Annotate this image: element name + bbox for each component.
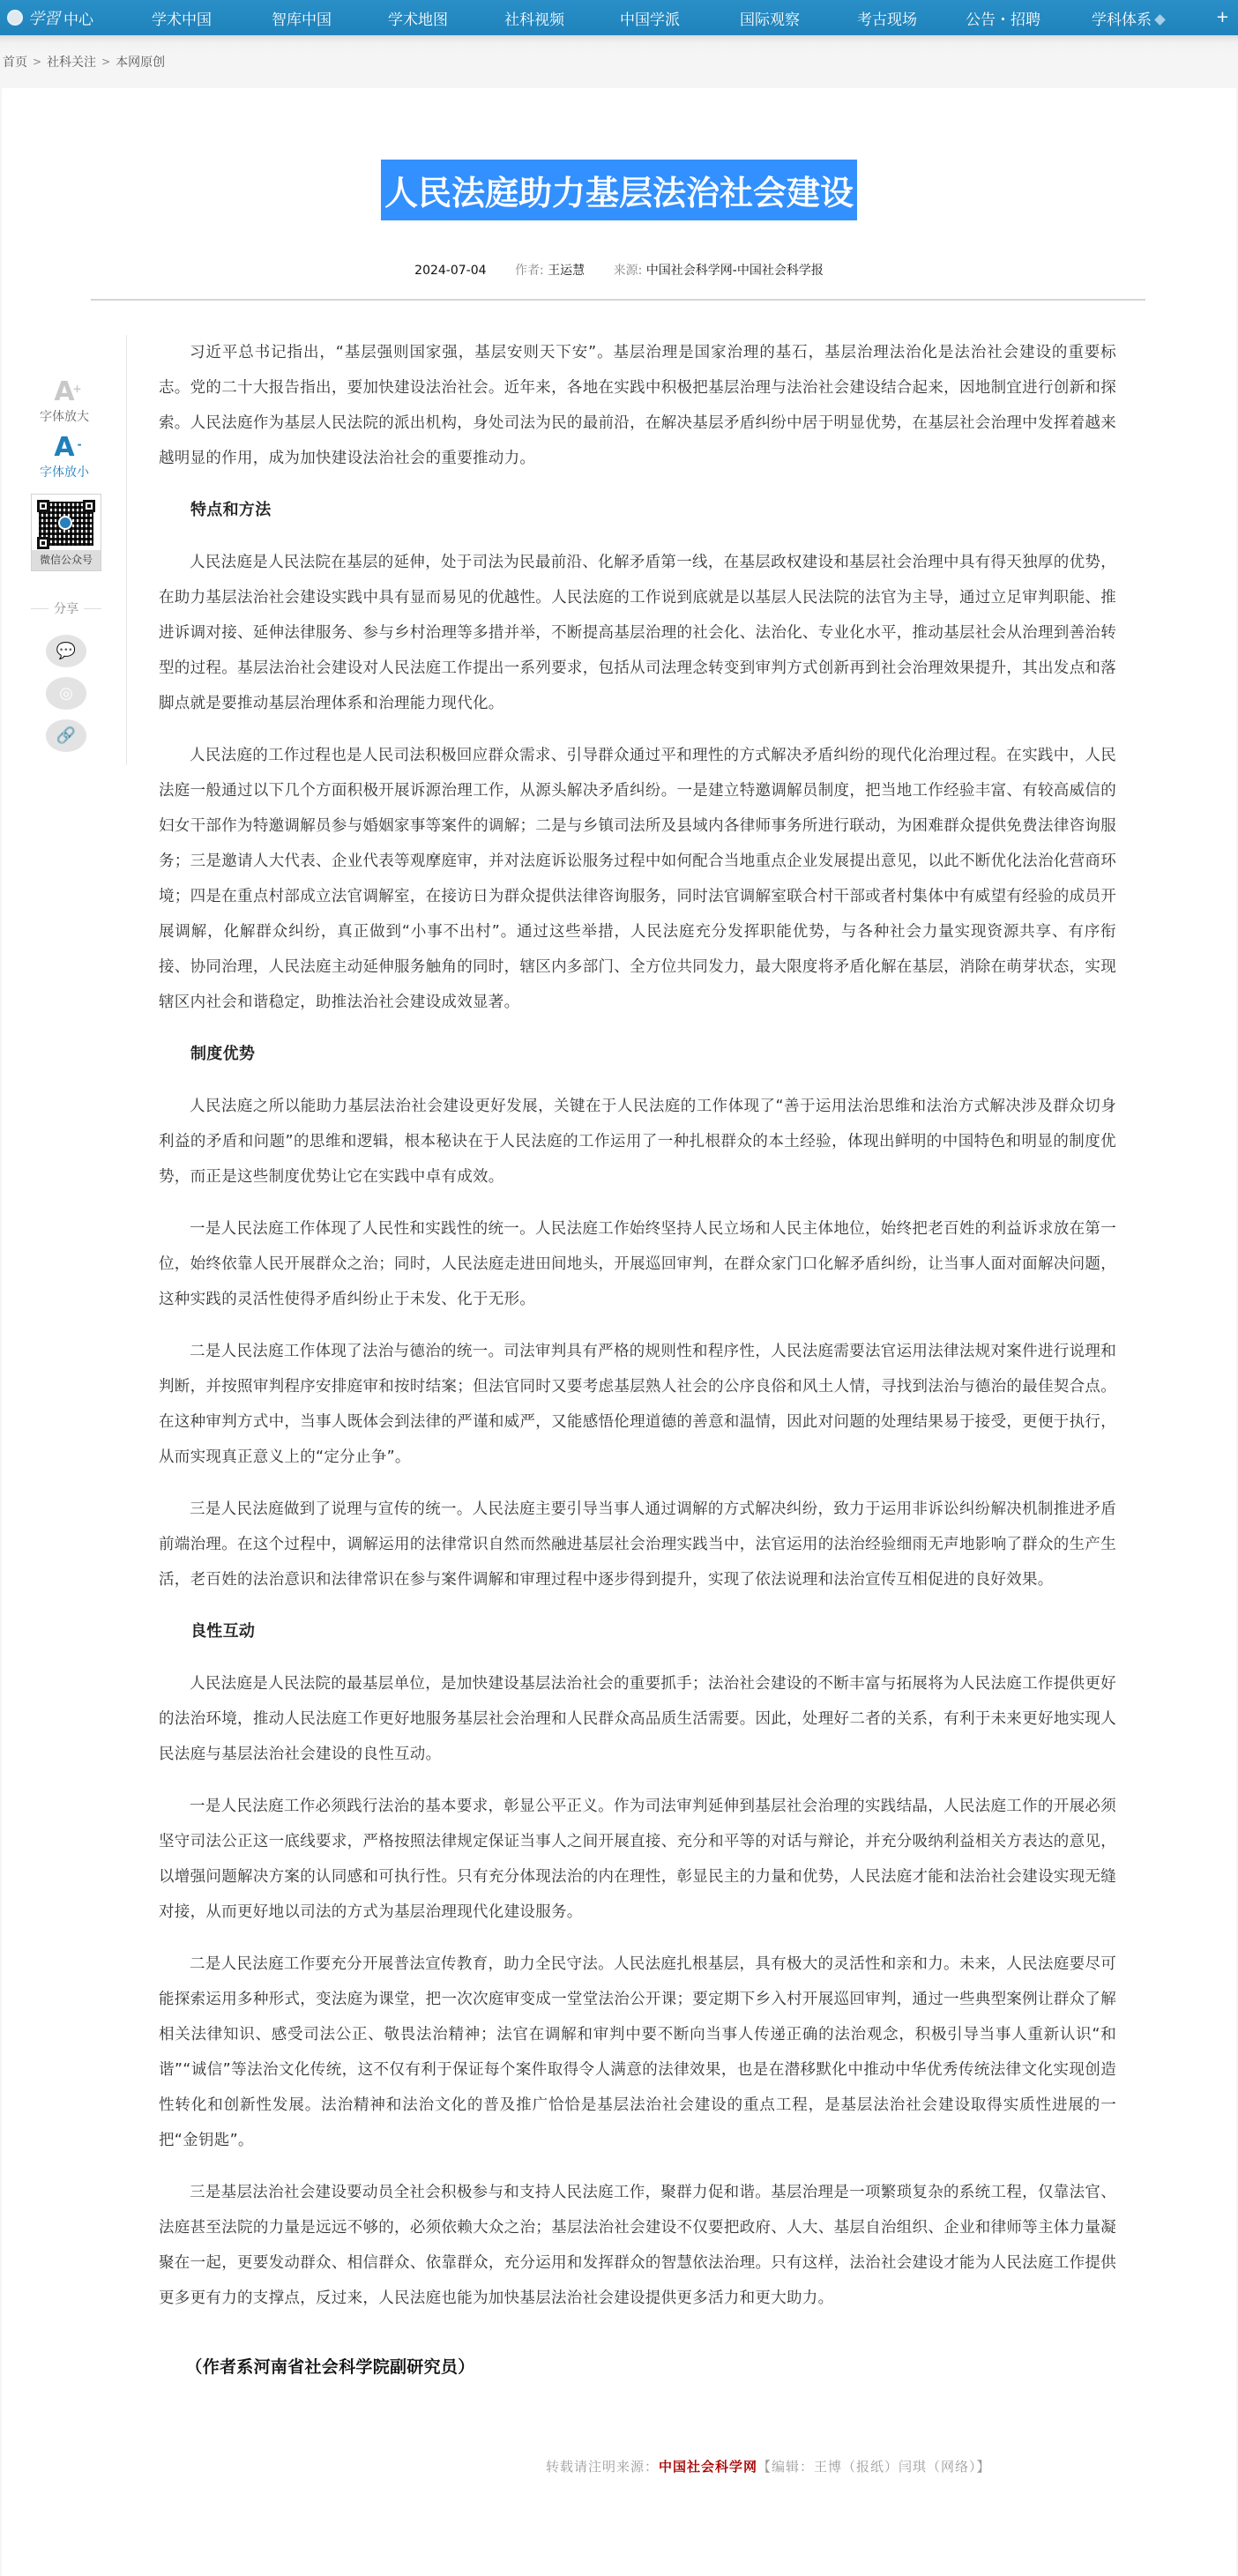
- header-divider: [91, 299, 1145, 301]
- paragraph: 三是人民法庭做到了说理与宣传的统一。人民法庭主要引导当事人通过调解的方式解决纠纷…: [159, 1492, 1116, 1597]
- paragraph: 人民法庭之所以能助力基层法治社会建设更好发展，关键在于人民法庭的工作体现了“善于…: [159, 1089, 1116, 1195]
- article-body: 习近平总书记指出，“基层强则国家强，基层安则天下安”。基层治理是国家治理的基石，…: [159, 335, 1116, 2385]
- wechat-qr-box: 微信公众号: [31, 494, 101, 571]
- paragraph: 习近平总书记指出，“基层强则国家强，基层安则天下安”。基层治理是国家治理的基石，…: [159, 335, 1116, 476]
- title-wrap: 人民法庭助力基层法治社会建设: [2, 160, 1236, 220]
- logo-brand: 学習: [28, 6, 60, 29]
- section-heading: 特点和方法: [190, 493, 1116, 528]
- section-heading: 良性互动: [190, 1614, 1116, 1649]
- nav-zhiku-zhongguo[interactable]: 智库中国: [272, 7, 332, 29]
- share-label: 分享: [31, 599, 101, 617]
- paragraph: 人民法庭是人民法院在基层的延伸，处于司法为民最前沿、化解矛盾第一线，在基层政权建…: [159, 545, 1116, 721]
- font-increase-button[interactable]: A+ 字体放大: [2, 379, 127, 425]
- font-decrease-icon: A-: [54, 435, 74, 461]
- breadcrumb-sheke-guanzhu[interactable]: 社科关注: [47, 53, 96, 71]
- editor-info: 【编辑：王博（报纸）闫琪（网络）】: [757, 2459, 991, 2475]
- breadcrumb-benwang-yuanchuang[interactable]: 本网原创: [116, 53, 165, 71]
- nav-sheke-shipin[interactable]: 社科视频: [504, 7, 564, 29]
- qr-code-icon: [32, 495, 101, 550]
- font-increase-label: 字体放大: [2, 407, 127, 425]
- site-logo[interactable]: 学習 中心: [0, 0, 123, 35]
- font-increase-icon: A+: [54, 379, 74, 406]
- more-plus-icon[interactable]: +: [1216, 8, 1229, 26]
- breadcrumb-separator: >: [101, 56, 110, 68]
- top-navigation: 学習 中心 学术中国 智库中国 学术地图 社科视频 中国学派 国际观察 考古现场…: [0, 0, 1238, 35]
- site-name-link[interactable]: 中国社会科学网: [659, 2459, 757, 2475]
- reprint-label: 转载请注明来源：: [546, 2459, 659, 2475]
- article-sidebar: A+ 字体放大 A- 字体放小 微信公众号 分享 💬 ◎ 🔗: [2, 335, 127, 765]
- link-icon: 🔗: [56, 726, 76, 745]
- source-label: 来源:: [614, 264, 643, 278]
- article-page: 人民法庭助力基层法治社会建设 2024-07-04 作者: 王运慧 来源: 中国…: [2, 88, 1236, 2576]
- nav-xueshu-zhongguo[interactable]: 学术中国: [152, 7, 212, 29]
- nav-kaogu-xianchang[interactable]: 考古现场: [857, 7, 917, 29]
- section-heading: 制度优势: [190, 1037, 1116, 1072]
- source-name: 中国社会科学网-中国社会科学报: [646, 264, 824, 278]
- nav-zhongguo-xuepai[interactable]: 中国学派: [620, 7, 680, 29]
- share-link-button[interactable]: 🔗: [46, 719, 86, 752]
- nav-guoji-guancha[interactable]: 国际观察: [740, 7, 800, 29]
- qr-caption: 微信公众号: [32, 550, 101, 570]
- article-meta: 2024-07-04 作者: 王运慧 来源: 中国社会科学网-中国社会科学报: [2, 261, 1236, 279]
- weibo-icon: ◎: [59, 684, 73, 703]
- author-note: （作者系河南省社会科学院副研究员）: [185, 2349, 1116, 2385]
- nav-gonggao-zhaopin[interactable]: 公告・招聘: [966, 7, 1040, 29]
- author-name: 王运慧: [548, 264, 585, 278]
- paragraph: 一是人民法庭工作体现了人民性和实践性的统一。人民法庭工作始终坚持人民立场和人民主…: [159, 1211, 1116, 1317]
- nav-items: 学术中国 智库中国 学术地图 社科视频 中国学派 国际观察 考古现场 公告・招聘…: [123, 0, 1164, 35]
- paragraph: 一是人民法庭工作必须践行法治的基本要求，彰显公平正义。作为司法审判延伸到基层社会…: [159, 1789, 1116, 1930]
- logo-suffix: 中心: [63, 7, 93, 29]
- breadcrumb-home[interactable]: 首页: [3, 53, 27, 71]
- paragraph: 二是人民法庭工作体现了法治与德治的统一。司法审判具有严格的规则性和程序性，人民法…: [159, 1334, 1116, 1475]
- author-label: 作者:: [515, 264, 544, 278]
- font-decrease-button[interactable]: A- 字体放小: [2, 435, 127, 480]
- paragraph: 人民法庭的工作过程也是人民司法积极回应群众需求、引导群众通过平和理性的方式解决矛…: [159, 738, 1116, 1020]
- logo-seal-icon: [7, 10, 23, 26]
- nav-xueshu-ditu[interactable]: 学术地图: [388, 7, 448, 29]
- diamond-icon: [1154, 14, 1166, 26]
- wechat-icon: 💬: [56, 642, 76, 660]
- font-decrease-label: 字体放小: [2, 463, 127, 480]
- breadcrumb: 首页 > 社科关注 > 本网原创: [0, 35, 1238, 88]
- share-wechat-button[interactable]: 💬: [46, 635, 86, 667]
- nav-xueke-tixi[interactable]: 学科体系: [1092, 7, 1164, 29]
- breadcrumb-separator: >: [33, 56, 41, 68]
- paragraph: 人民法庭是人民法院的最基层单位，是加快建设基层法治社会的重要抓手；法治社会建设的…: [159, 1666, 1116, 1772]
- publish-date: 2024-07-04: [414, 264, 486, 278]
- page-title: 人民法庭助力基层法治社会建设: [381, 160, 857, 220]
- paragraph: 二是人民法庭工作要充分开展普法宣传教育，助力全民守法。人民法庭扎根基层，具有极大…: [159, 1947, 1116, 2158]
- paragraph: 三是基层法治社会建设要动员全社会积极参与和支持人民法庭工作，聚群力促和谐。基层治…: [159, 2175, 1116, 2316]
- reprint-notice: 转载请注明来源：中国社会科学网【编辑：王博（报纸）闫琪（网络）】: [546, 2457, 991, 2475]
- nav-xueke-tixi-label: 学科体系: [1092, 11, 1152, 29]
- share-weibo-button[interactable]: ◎: [46, 677, 86, 710]
